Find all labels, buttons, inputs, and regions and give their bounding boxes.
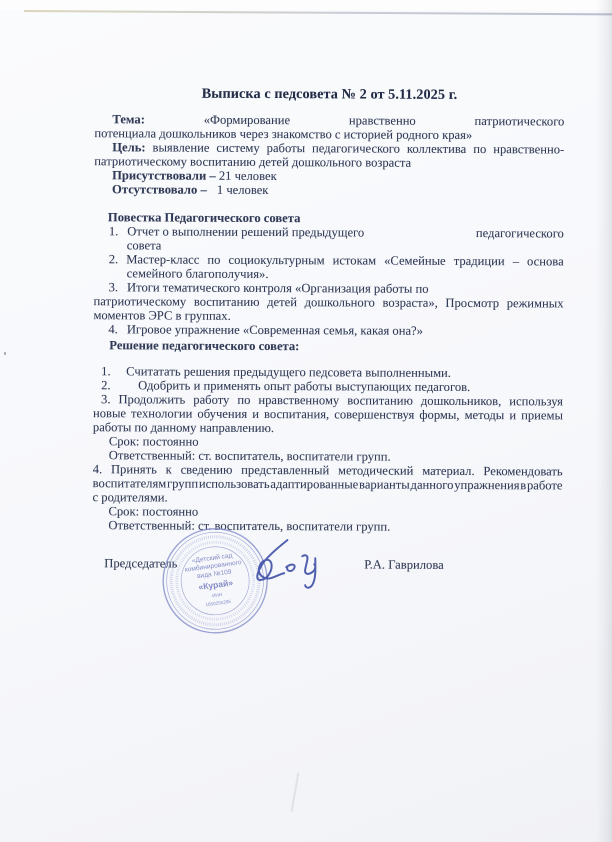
word: работы: [267, 141, 305, 155]
word: методы: [465, 408, 505, 422]
word: Продолжить: [118, 392, 185, 406]
word: и: [252, 407, 259, 421]
word: –: [513, 254, 519, 268]
agenda-item-1-line-2: совета: [127, 238, 162, 252]
decision-3-number: 3.: [101, 392, 111, 406]
agenda-item-1-line-1: 1.Отчет о выполнении решений предыдущего…: [109, 224, 564, 240]
absent-label: Отсутствовало –: [112, 182, 207, 196]
word: детей: [267, 295, 297, 309]
word: традиции: [454, 254, 505, 268]
decision-3-responsible: Ответственный: ст. воспитатель, воспитат…: [109, 448, 391, 463]
word: воспитания,: [264, 407, 329, 421]
scan-speck: [4, 352, 6, 355]
signature-name: Р.А. Гаврилова: [364, 557, 444, 571]
word: основа: [527, 254, 564, 268]
word: материал.: [422, 464, 474, 478]
scanned-document-page: Выписка с педсовета № 2 от 5.11.2025 г. …: [0, 0, 612, 842]
tema-label: Тема:: [112, 112, 145, 126]
signature-stroke-small-loop: [286, 565, 294, 571]
agenda-item-3-line-1: 3.Итоги тематического контроля «Организа…: [109, 280, 429, 296]
agenda-item-1-part-a: Отчет о выполнении решений предыдущего: [127, 224, 364, 239]
agenda-item-1-part-b: педагогического: [476, 226, 564, 240]
stamp-line-5: ИНН: [212, 592, 223, 599]
word: Принять: [111, 462, 157, 476]
agenda-item-2-number: 2.: [109, 252, 119, 266]
word: формы,: [419, 408, 459, 422]
word: нравственно-: [493, 142, 564, 156]
word: Рекомендовать: [483, 464, 562, 478]
present-label: Присутствовали –: [112, 168, 216, 183]
word: режимных: [507, 296, 564, 310]
stamp-center-text: «Детский сад комбинированного вида №109 …: [171, 542, 259, 620]
word: воспитателям: [93, 476, 167, 490]
decision-4-number: 4.: [93, 462, 103, 476]
word: использовать: [199, 477, 270, 491]
word: Просмотр: [445, 296, 499, 310]
word: нравственному: [258, 393, 339, 407]
word: в: [520, 478, 526, 492]
tsel-line-2: патриотическому воспитанию детей дошколь…: [94, 154, 411, 170]
word: патриотического: [475, 114, 565, 128]
agenda-item-3-number: 3.: [109, 280, 119, 294]
word: сведению: [181, 463, 233, 477]
agenda-item-1-number: 1.: [109, 224, 119, 238]
word: выявление: [153, 140, 210, 154]
word: используя: [509, 394, 563, 408]
decision-3-srok: Срок: постоянно: [109, 434, 199, 448]
agenda-item-4: 4.Игровое упражнение «Современная семья,…: [108, 322, 423, 338]
word: дошкольного: [305, 295, 375, 309]
word: нравственно: [349, 113, 416, 127]
word: социокультурным: [229, 253, 325, 267]
page-content: Выписка с педсовета № 2 от 5.11.2025 г. …: [0, 0, 612, 842]
word: приемы: [521, 408, 563, 422]
word: варианты: [359, 477, 410, 491]
present-value: 21 человек: [219, 169, 277, 183]
word: групп: [167, 477, 198, 491]
agenda-item-4-text: Игровое упражнение «Современная семья, к…: [127, 322, 423, 337]
decision-3-line-3: работы по данному направлению.: [93, 420, 274, 435]
word: истокам: [333, 253, 377, 267]
word: совершенствуя: [334, 407, 414, 421]
word: по: [207, 253, 220, 267]
word: по: [473, 142, 486, 156]
word: воспитанию: [194, 295, 260, 309]
handwritten-signature: [247, 536, 323, 594]
page-right-edge-shadow: [596, 0, 612, 842]
word: технологии: [131, 406, 192, 420]
word: патриотическому: [93, 294, 186, 308]
word: новые: [93, 406, 126, 420]
word: систему: [216, 141, 259, 155]
document-title: Выписка с педсовета № 2 от 5.11.2025 г.: [95, 86, 565, 102]
agenda-item-1-start: 1.Отчет о выполнении решений предыдущего: [109, 224, 364, 239]
decision-1-text: Считатать решения предыдущего педсовета …: [126, 364, 451, 380]
word: коллектива: [407, 142, 466, 156]
word: к: [166, 463, 172, 477]
agenda-item-4-number: 4.: [108, 322, 118, 336]
word: «Формирование: [204, 113, 290, 127]
signature-stroke-main: [257, 540, 287, 580]
decision-4-srok: Срок: постоянно: [108, 504, 198, 518]
agenda-item-3-line-3: моментов ЭРС в группах.: [93, 308, 230, 323]
word: Мастер-класс: [126, 252, 199, 266]
agenda-heading: Повестка Педагогического совета: [108, 210, 301, 225]
word: воспитанию: [347, 393, 413, 407]
agenda-item-3-text: Итоги тематического контроля «Организаци…: [127, 280, 429, 295]
word: методический: [338, 463, 413, 477]
word: обучения: [197, 407, 247, 421]
word: возраста»,: [382, 296, 437, 310]
word: работе: [527, 478, 563, 492]
word: дошкольников,: [421, 394, 501, 408]
word: «Семейные: [384, 254, 446, 268]
word: данного: [411, 478, 454, 492]
word: представленный: [241, 463, 329, 477]
document-text-block: Выписка с педсовета № 2 от 5.11.2025 г. …: [91, 0, 565, 842]
signature-stroke-tail: [302, 555, 315, 587]
stamp-line-6: 1650255295: [205, 599, 231, 608]
word: упражнения: [454, 478, 519, 492]
decision-1-number: 1.: [101, 364, 111, 378]
decision-2-number: 2.: [101, 378, 111, 392]
tsel-label: Цель:: [112, 140, 145, 154]
word: работу: [193, 393, 229, 407]
word: по: [237, 393, 250, 407]
absent-line: Отсутствовало – 1 человек: [112, 182, 268, 197]
present-line: Присутствовали – 21 человек: [112, 168, 277, 183]
word: и: [509, 408, 516, 422]
word: педагогического: [312, 141, 400, 155]
word: адаптированные: [270, 477, 358, 491]
agenda-item-2-line-2: семейного благополучия».: [127, 266, 269, 281]
decision-4-line-3: с родителями.: [93, 490, 168, 504]
decision-heading: Решение педагогического совета:: [109, 338, 299, 353]
absent-value: 1 человек: [217, 183, 269, 197]
